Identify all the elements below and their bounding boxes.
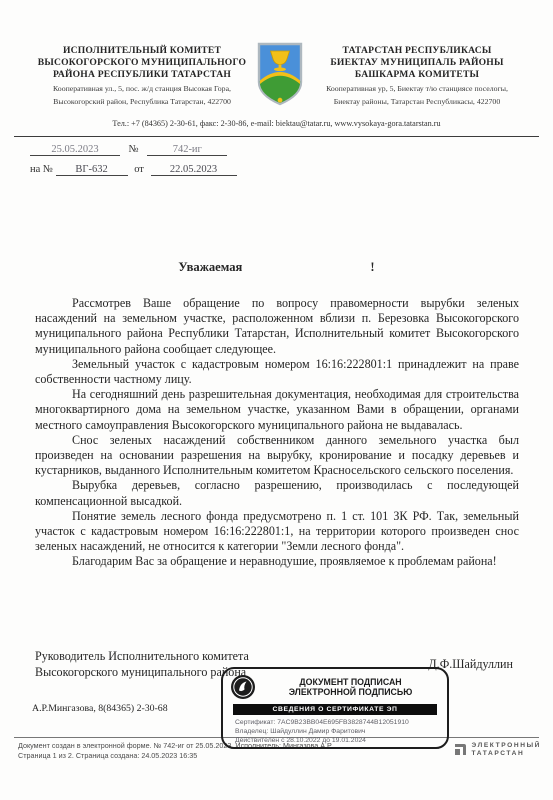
salutation-prefix: Уважаемая [178,260,242,274]
org-address-line: Высокогорский район, Республика Татарста… [28,97,256,107]
paragraph: Снос зеленых насаждений собственником да… [35,433,519,479]
org-title-line: ИСПОЛНИТЕЛЬНЫЙ КОМИТЕТ [28,45,256,57]
org-address-line: Кооперативная ул., 5, пос. ж/д станция В… [28,84,256,94]
logo-text-line: ЭЛЕКТРОННЫЙ [472,742,541,750]
reply-prefix: на № [30,164,53,175]
certificate-info-bar: СВЕДЕНИЯ О СЕРТИФИКАТЕ ЭП [233,704,437,715]
stamp-title-line: ЭЛЕКТРОННОЙ ПОДПИСЬЮ [262,687,439,698]
letterhead-tatar: ТАТАРСТАН РЕСПУБЛИКАСЫ БИЕКТАУ МУНИЦИПАЛ… [306,45,528,107]
electronic-tatarstan-logo: ЭЛЕКТРОННЫЙ ТАТАРСТАН [453,742,541,757]
org-title-line: ВЫСОКОГОРСКОГО МУНИЦИПАЛЬНОГО [28,57,256,69]
stamp-title-line: ДОКУМЕНТ ПОДПИСАН [262,677,439,688]
electronic-tatarstan-icon [453,742,468,757]
reply-date: 22.05.2023 [151,164,237,176]
paragraph: Земельный участок с кадастровым номером … [35,357,519,387]
letter-date: 25.05.2023 [30,144,120,156]
paragraph: Рассмотрев Ваше обращение по вопросу пра… [35,296,519,357]
paragraph: Вырубка деревьев, согласно разрешению, п… [35,478,519,508]
letter-number: 742-иг [147,144,227,156]
org-title-line: ТАТАРСТАН РЕСПУБЛИКАСЫ [306,45,528,57]
certificate-details: Сертификат: 7AC9B23BB04E695FB3828744B120… [235,718,447,745]
official-letter-page: ИСПОЛНИТЕЛЬНЫЙ КОМИТЕТ ВЫСОКОГОРСКОГО МУ… [0,0,553,800]
from-label: от [134,164,144,175]
salutation-punctuation: ! [370,260,374,274]
org-address-line: Кооперативная ур, 5, Биектау т/ю станция… [306,84,528,94]
org-address-line: Биектау районы, Татарстан Республикасы, … [306,97,528,107]
certificate-owner: Владелец: Шайдуллин Дамир Фаритович [235,727,447,736]
paragraph: На сегодняшний день разрешительная докум… [35,387,519,433]
incoming-reference: на № ВГ-632 от 22.05.2023 [30,164,237,176]
contact-line: Тел.: +7 (84365) 2-30-61, факс: 2-30-86,… [0,119,553,128]
salutation: Уважаемая! [0,260,553,275]
org-title-line: БАШКАРМА КОМИТЕТЫ [306,69,528,81]
certificate-authority-icon [230,674,256,700]
header-divider [14,136,539,137]
certificate-validity: Действителен с 28.10.2022 до 19.01.2024 [235,736,447,745]
reference-block: 25.05.2023 № 742-иг на № ВГ-632 от 22.05… [30,144,237,184]
executor-contact: А.Р.Мингазова, 8(84365) 2-30-68 [32,703,168,714]
certificate-number: Сертификат: 7AC9B23BB04E695FB3828744B120… [235,718,447,727]
logo-text-line: ТАТАРСТАН [472,750,541,758]
org-title-line: БИЕКТАУ МУНИЦИПАЛЬ РАЙОНЫ [306,57,528,69]
reply-number: ВГ-632 [56,164,128,176]
letterhead-russian: ИСПОЛНИТЕЛЬНЫЙ КОМИТЕТ ВЫСОКОГОРСКОГО МУ… [28,45,256,107]
stamp-header: ДОКУМЕНТ ПОДПИСАН ЭЛЕКТРОННОЙ ПОДПИСЬЮ [223,669,447,702]
electronic-signature-stamp: ДОКУМЕНТ ПОДПИСАН ЭЛЕКТРОННОЙ ПОДПИСЬЮ С… [221,667,449,749]
paragraph: Благодарим Вас за обращение и неравнодуш… [35,554,519,569]
electronic-tatarstan-label: ЭЛЕКТРОННЫЙ ТАТАРСТАН [472,742,541,757]
paragraph: Понятие земель лесного фонда предусмотре… [35,509,519,555]
stamp-title: ДОКУМЕНТ ПОДПИСАН ЭЛЕКТРОННОЙ ПОДПИСЬЮ [262,677,439,698]
number-label: № [129,144,139,155]
outgoing-reference: 25.05.2023 № 742-иг [30,144,237,156]
letter-body: Рассмотрев Ваше обращение по вопросу пра… [35,296,519,570]
org-title-line: РАЙОНА РЕСПУБЛИКИ ТАТАРСТАН [28,69,256,81]
coat-of-arms-icon [257,42,303,106]
